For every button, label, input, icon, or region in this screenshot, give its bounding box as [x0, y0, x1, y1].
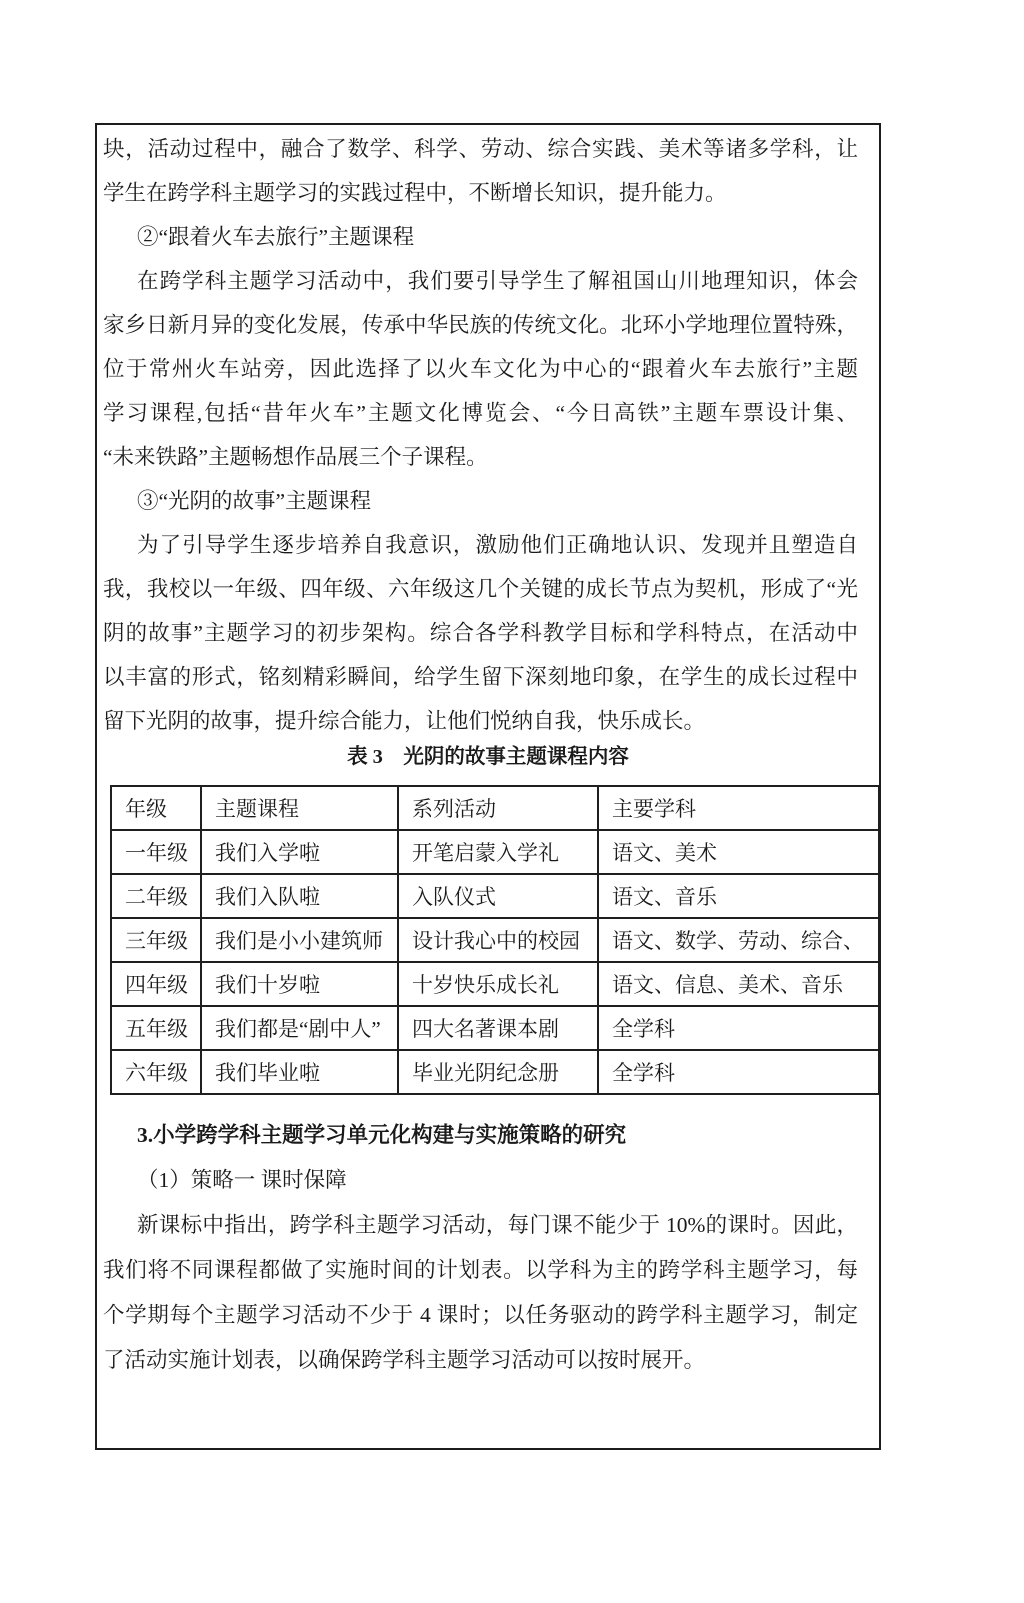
table-cell: 我们是小小建筑师: [201, 918, 398, 962]
text-line: 新课标中指出，跨学科主题学习活动，每门课不能少于 10%的课时。因此，: [103, 1203, 858, 1248]
table-cell: 入队仪式: [398, 874, 598, 918]
table-head: 年级主题课程系列活动主要学科: [111, 786, 879, 830]
table-cell: 我们都是“剧中人”: [201, 1006, 398, 1050]
table-body: 一年级我们入学啦开笔启蒙入学礼语文、美术二年级我们入队啦入队仪式语文、音乐三年级…: [111, 830, 879, 1094]
section-heading: 3.小学跨学科主题学习单元化构建与实施策略的研究: [103, 1113, 858, 1158]
table-cell: 我们十岁啦: [201, 962, 398, 1006]
page-border: 块，活动过程中，融合了数学、科学、劳动、综合实践、美术等诸多学科，让学生在跨学科…: [95, 123, 881, 1450]
text-line: 以丰富的形式，铭刻精彩瞬间，给学生留下深刻地印象，在学生的成长过程中: [103, 655, 858, 699]
table-row: 二年级我们入队啦入队仪式语文、音乐: [111, 874, 879, 918]
text-line: 个学期每个主题学习活动不少于 4 课时；以任务驱动的跨学科主题学习，制定: [103, 1293, 858, 1338]
table-cell: 全学科: [598, 1006, 879, 1050]
table-cell: 我们毕业啦: [201, 1050, 398, 1094]
table-cell: 设计我心中的校园: [398, 918, 598, 962]
table-header-cell: 年级: [111, 786, 201, 830]
text-line: 阴的故事”主题学习的初步架构。综合各学科教学目标和学科特点，在活动中: [103, 611, 858, 655]
text-line: 学习课程,包括“昔年火车”主题文化博览会、“今日高铁”主题车票设计集、: [103, 391, 858, 435]
table-cell: 四年级: [111, 962, 201, 1006]
table-cell: 开笔启蒙入学礼: [398, 830, 598, 874]
table-row: 四年级我们十岁啦十岁快乐成长礼语文、信息、美术、音乐: [111, 962, 879, 1006]
text-line: 学生在跨学科主题学习的实践过程中，不断增长知识，提升能力。: [103, 171, 858, 215]
table-cell: 我们入学啦: [201, 830, 398, 874]
text-line: 我，我校以一年级、四年级、六年级这几个关键的成长节点为契机，形成了“光: [103, 567, 858, 611]
table-header-row: 年级主题课程系列活动主要学科: [111, 786, 879, 830]
table-cell: 语文、美术: [598, 830, 879, 874]
after-table-text-block: 3.小学跨学科主题学习单元化构建与实施策略的研究（1）策略一 课时保障新课标中指…: [97, 1113, 879, 1383]
text-line: ②“跟着火车去旅行”主题课程: [103, 215, 858, 259]
text-line: 留下光阴的故事，提升综合能力，让他们悦纳自我，快乐成长。: [103, 699, 858, 743]
text-line: 在跨学科主题学习活动中，我们要引导学生了解祖国山川地理知识，体会: [103, 259, 858, 303]
table-cell: 六年级: [111, 1050, 201, 1094]
table-caption: 表 3 光阴的故事主题课程内容: [97, 739, 879, 775]
table-cell: 语文、音乐: [598, 874, 879, 918]
table-cell: 一年级: [111, 830, 201, 874]
text-line: 位于常州火车站旁，因此选择了以火车文化为中心的“跟着火车去旅行”主题: [103, 347, 858, 391]
table-cell: 语文、数学、劳动、综合、: [598, 918, 879, 962]
text-line: 家乡日新月异的变化发展，传承中华民族的传统文化。北环小学地理位置特殊，: [103, 303, 858, 347]
table-row: 六年级我们毕业啦毕业光阴纪念册全学科: [111, 1050, 879, 1094]
table-header-cell: 主题课程: [201, 786, 398, 830]
text-line: “未来铁路”主题畅想作品展三个子课程。: [103, 435, 858, 479]
table-header-cell: 主要学科: [598, 786, 879, 830]
intro-text-block: 块，活动过程中，融合了数学、科学、劳动、综合实践、美术等诸多学科，让学生在跨学科…: [97, 127, 879, 743]
table-cell: 我们入队啦: [201, 874, 398, 918]
table-row: 一年级我们入学啦开笔启蒙入学礼语文、美术: [111, 830, 879, 874]
table-row: 三年级我们是小小建筑师设计我心中的校园语文、数学、劳动、综合、: [111, 918, 879, 962]
table-cell: 全学科: [598, 1050, 879, 1094]
text-line: ③“光阴的故事”主题课程: [103, 479, 858, 523]
table-cell: 三年级: [111, 918, 201, 962]
table-header-cell: 系列活动: [398, 786, 598, 830]
table-cell: 毕业光阴纪念册: [398, 1050, 598, 1094]
table-cell: 二年级: [111, 874, 201, 918]
table-cell: 语文、信息、美术、音乐: [598, 962, 879, 1006]
text-line: 了活动实施计划表，以确保跨学科主题学习活动可以按时展开。: [103, 1338, 858, 1383]
table-cell: 十岁快乐成长礼: [398, 962, 598, 1006]
table-row: 五年级我们都是“剧中人”四大名著课本剧全学科: [111, 1006, 879, 1050]
text-line: （1）策略一 课时保障: [103, 1158, 858, 1203]
text-line: 块，活动过程中，融合了数学、科学、劳动、综合实践、美术等诸多学科，让: [103, 127, 858, 171]
text-line: 为了引导学生逐步培养自我意识，激励他们正确地认识、发现并且塑造自: [103, 523, 858, 567]
text-line: 我们将不同课程都做了实施时间的计划表。以学科为主的跨学科主题学习，每: [103, 1248, 858, 1293]
table-cell: 五年级: [111, 1006, 201, 1050]
course-table: 年级主题课程系列活动主要学科 一年级我们入学啦开笔启蒙入学礼语文、美术二年级我们…: [110, 785, 880, 1095]
table-cell: 四大名著课本剧: [398, 1006, 598, 1050]
